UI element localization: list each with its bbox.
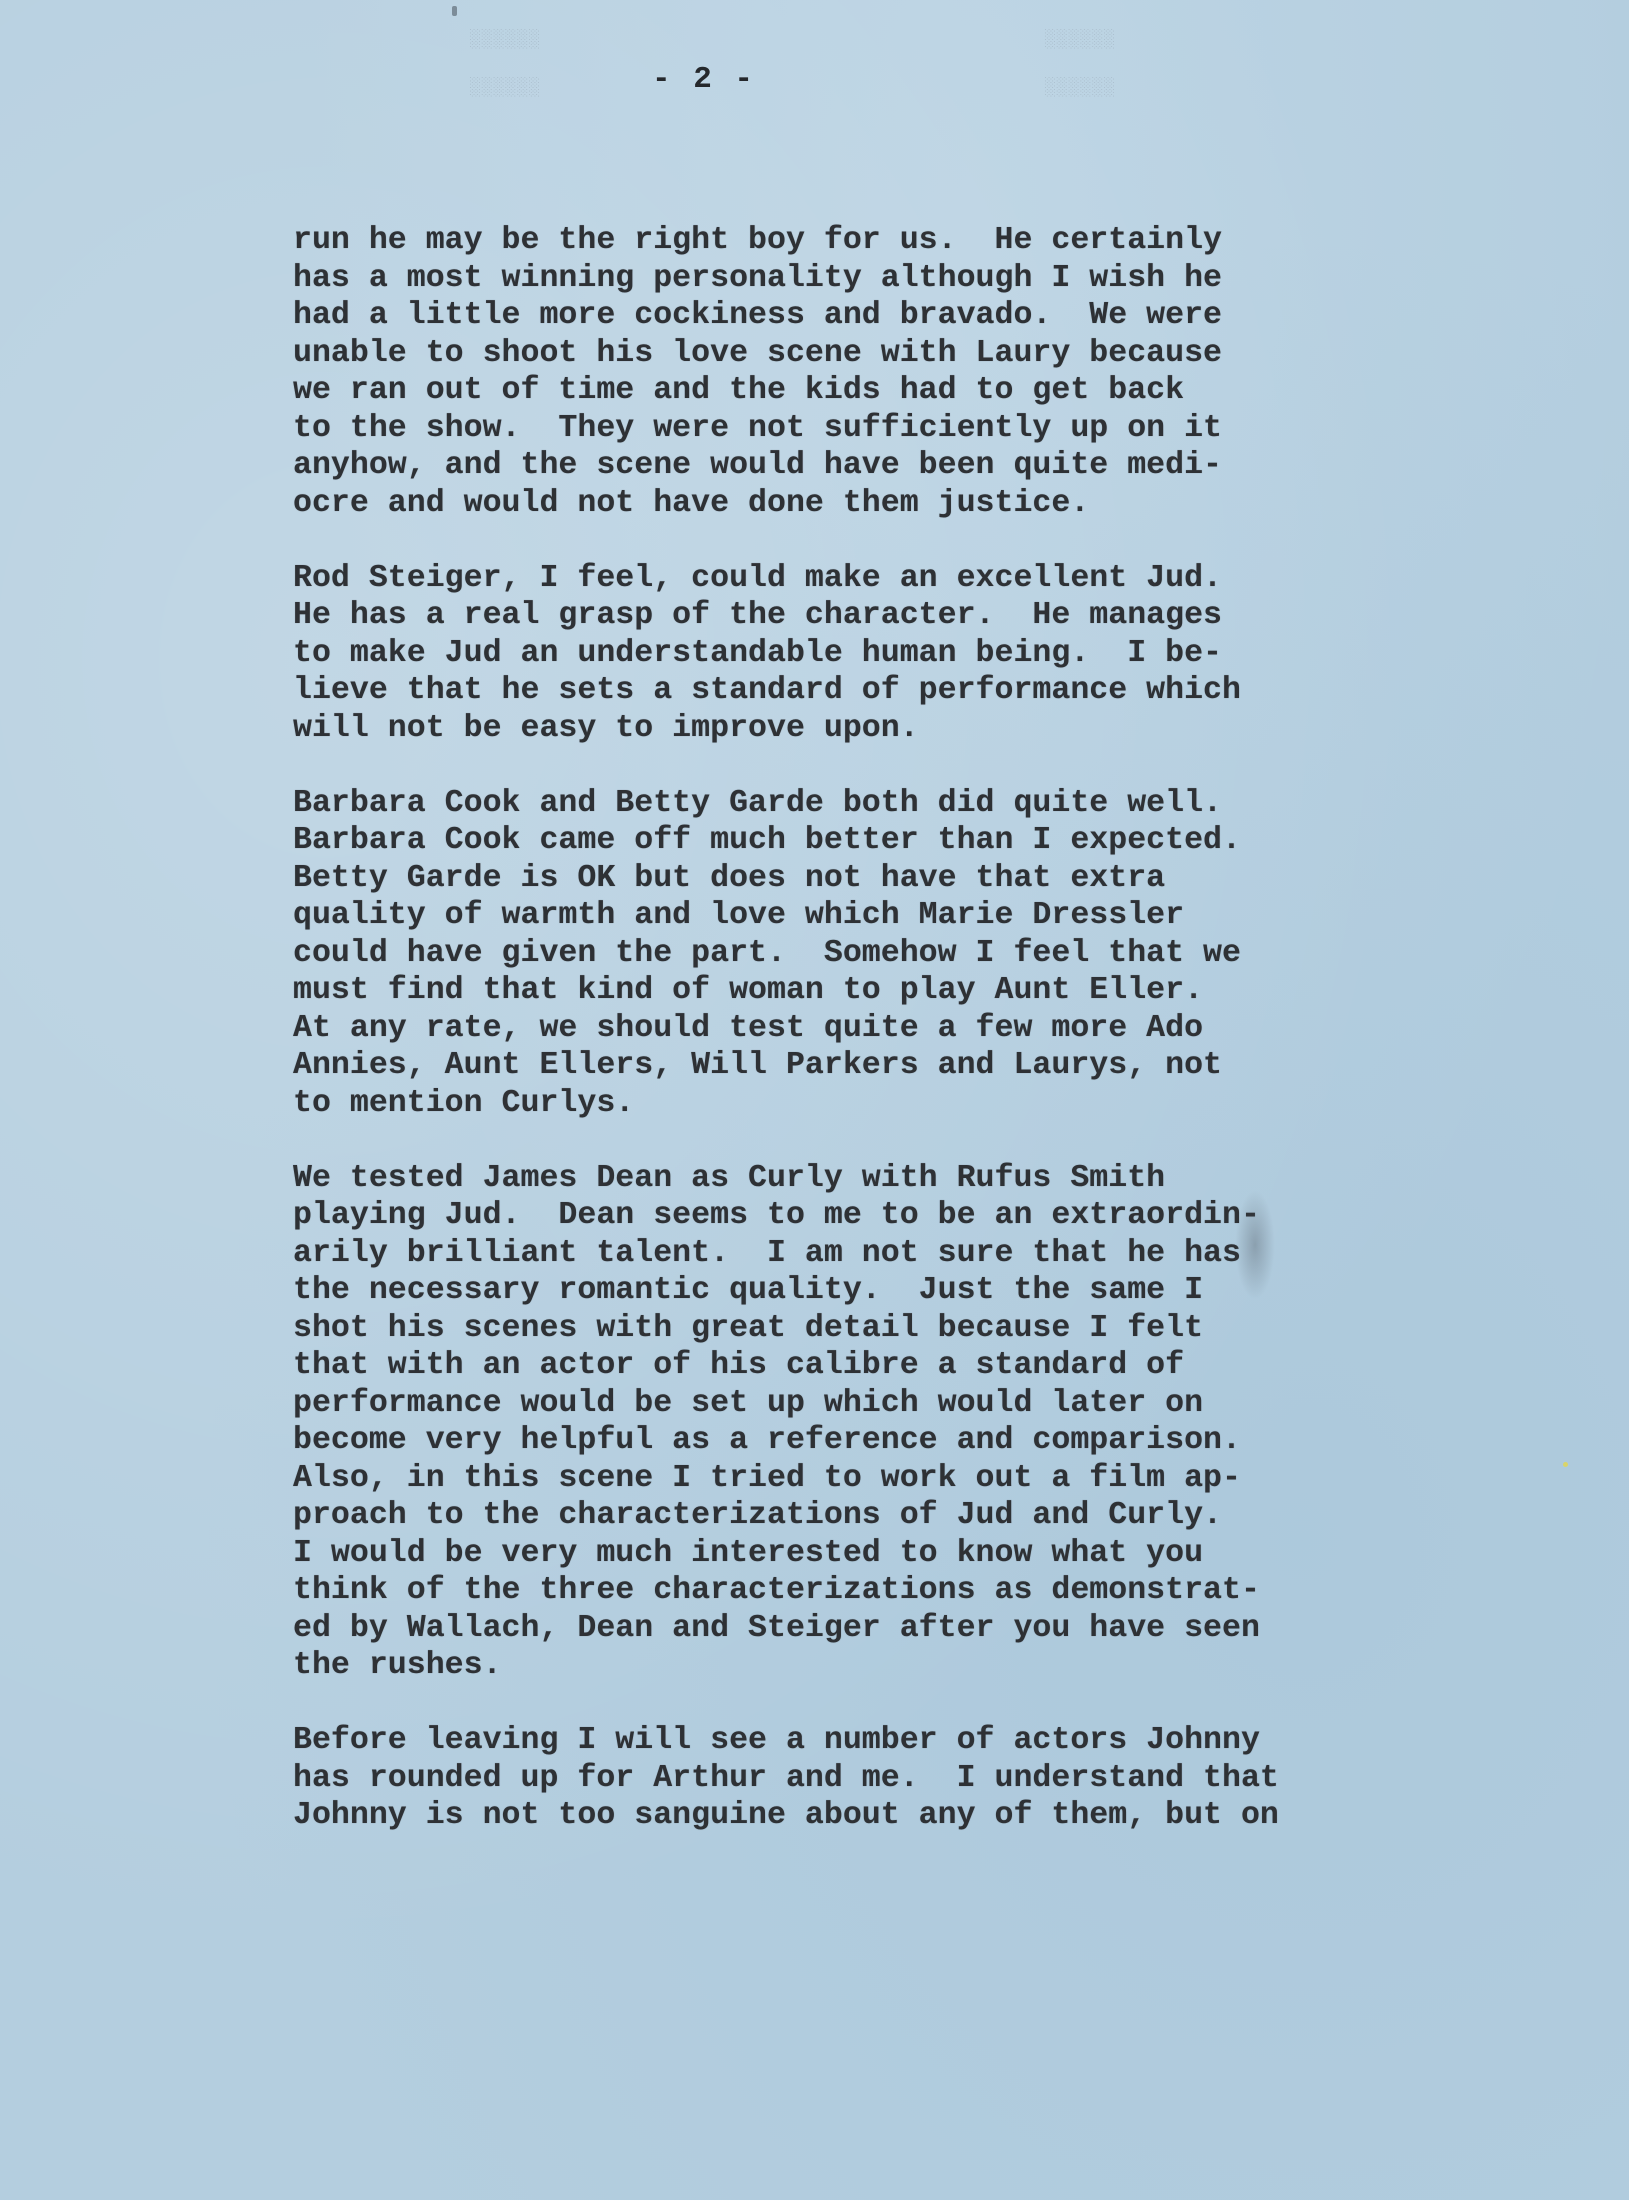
text-line: Annies, Aunt Ellers, Will Parkers and La… xyxy=(293,1047,1279,1085)
text-line: Betty Garde is OK but does not have that… xyxy=(293,860,1279,898)
text-line: Before leaving I will see a number of ac… xyxy=(293,1722,1279,1760)
text-line: ed by Wallach, Dean and Steiger after yo… xyxy=(293,1610,1279,1648)
text-line: we ran out of time and the kids had to g… xyxy=(293,372,1279,410)
text-line: shot his scenes with great detail becaus… xyxy=(293,1310,1279,1348)
text-line: Also, in this scene I tried to work out … xyxy=(293,1460,1279,1498)
bleed-through-text: ░░░░░░ xyxy=(1045,78,1116,98)
text-line: At any rate, we should test quite a few … xyxy=(293,1010,1279,1048)
text-line: playing Jud. Dean seems to me to be an e… xyxy=(293,1197,1279,1235)
bleed-through-text: ░░░░░░ xyxy=(470,30,541,50)
text-line: run he may be the right boy for us. He c… xyxy=(293,222,1279,260)
text-line: the necessary romantic quality. Just the… xyxy=(293,1272,1279,1310)
text-line: to make Jud an understandable human bein… xyxy=(293,635,1279,673)
text-line: to mention Curlys. xyxy=(293,1085,1279,1123)
text-line: He has a real grasp of the character. He… xyxy=(293,597,1279,635)
text-line: I would be very much interested to know … xyxy=(293,1535,1279,1573)
text-line: has a most winning personality although … xyxy=(293,260,1279,298)
text-line: the rushes. xyxy=(293,1647,1279,1685)
text-line: proach to the characterizations of Jud a… xyxy=(293,1497,1279,1535)
text-line: arily brilliant talent. I am not sure th… xyxy=(293,1235,1279,1273)
text-line: Johnny is not too sanguine about any of … xyxy=(293,1797,1279,1835)
text-line: lieve that he sets a standard of perform… xyxy=(293,672,1279,710)
text-line: to the show. They were not sufficiently … xyxy=(293,410,1279,448)
text-line: anyhow, and the scene would have been qu… xyxy=(293,447,1279,485)
paragraph: Barbara Cook and Betty Garde both did qu… xyxy=(293,785,1279,1123)
text-line: had a little more cockiness and bravado.… xyxy=(293,297,1279,335)
paper-spot xyxy=(1563,1462,1568,1467)
bleed-through-text: ░░░░░░ xyxy=(470,78,541,98)
paragraph: Rod Steiger, I feel, could make an excel… xyxy=(293,560,1279,748)
letter-body: run he may be the right boy for us. He c… xyxy=(293,222,1279,1872)
text-line: has rounded up for Arthur and me. I unde… xyxy=(293,1760,1279,1798)
paragraph: Before leaving I will see a number of ac… xyxy=(293,1722,1279,1835)
page-number: - 2 - xyxy=(652,62,755,97)
text-line: unable to shoot his love scene with Laur… xyxy=(293,335,1279,373)
text-line: will not be easy to improve upon. xyxy=(293,710,1279,748)
bleed-through-text: ░░░░░░ xyxy=(1045,30,1116,50)
text-line: become very helpful as a reference and c… xyxy=(293,1422,1279,1460)
text-line: think of the three characterizations as … xyxy=(293,1572,1279,1610)
text-line: that with an actor of his calibre a stan… xyxy=(293,1347,1279,1385)
text-line: performance would be set up which would … xyxy=(293,1385,1279,1423)
text-line: Rod Steiger, I feel, could make an excel… xyxy=(293,560,1279,598)
text-line: We tested James Dean as Curly with Rufus… xyxy=(293,1160,1279,1198)
text-line: Barbara Cook came off much better than I… xyxy=(293,822,1279,860)
text-line: Barbara Cook and Betty Garde both did qu… xyxy=(293,785,1279,823)
paragraph: We tested James Dean as Curly with Rufus… xyxy=(293,1160,1279,1685)
text-line: must find that kind of woman to play Aun… xyxy=(293,972,1279,1010)
paper-speck xyxy=(452,6,457,16)
paragraph: run he may be the right boy for us. He c… xyxy=(293,222,1279,522)
text-line: quality of warmth and love which Marie D… xyxy=(293,897,1279,935)
text-line: could have given the part. Somehow I fee… xyxy=(293,935,1279,973)
ink-smudge xyxy=(1235,1190,1275,1300)
text-line: ocre and would not have done them justic… xyxy=(293,485,1279,523)
